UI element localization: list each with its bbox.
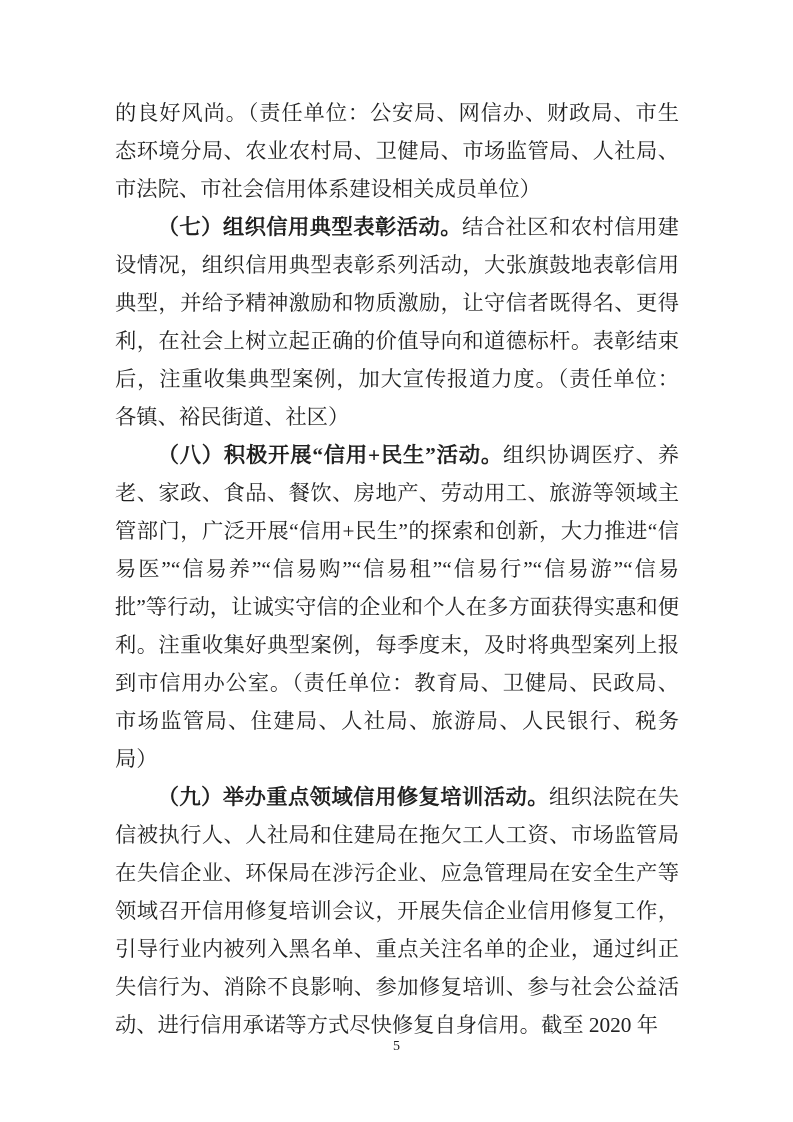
paragraph-text: 组织协调医疗、养老、家政、食品、餐饮、房地产、劳动用工、旅游等领域主管部门，广泛…: [115, 443, 679, 771]
paragraph-lead: （九）举办重点领域信用修复培训活动。: [158, 785, 549, 809]
paragraph-item-8: （八）积极开展“信用+民生”活动。组织协调医疗、养老、家政、食品、餐饮、房地产、…: [115, 436, 679, 778]
paragraph-text: 结合社区和农村信用建设情况，组织信用典型表彰系列活动，大张旗鼓地表彰信用典型，并…: [115, 215, 679, 429]
paragraph-item-9: （九）举办重点领域信用修复培训活动。组织法院在失信被执行人、人社局和住建局在拖欠…: [115, 778, 679, 1044]
page-number: 5: [393, 1039, 400, 1054]
document-page: 的良好风尚。（责任单位：公安局、网信办、财政局、市生态环境分局、农业农村局、卫健…: [0, 0, 793, 1122]
page-footer: 5: [0, 1037, 793, 1055]
paragraph-lead: （八）积极开展“信用+民生”活动。: [158, 443, 503, 467]
paragraph-continuation: 的良好风尚。（责任单位：公安局、网信办、财政局、市生态环境分局、农业农村局、卫健…: [115, 94, 679, 208]
paragraph-text: 的良好风尚。（责任单位：公安局、网信办、财政局、市生态环境分局、农业农村局、卫健…: [115, 101, 679, 201]
paragraph-text: 组织法院在失信被执行人、人社局和住建局在拖欠工人工资、市场监管局在失信企业、环保…: [115, 785, 679, 1037]
paragraph-lead: （七）组织信用典型表彰活动。: [158, 215, 462, 239]
document-body: 的良好风尚。（责任单位：公安局、网信办、财政局、市生态环境分局、农业农村局、卫健…: [115, 94, 679, 1044]
paragraph-item-7: （七）组织信用典型表彰活动。结合社区和农村信用建设情况，组织信用典型表彰系列活动…: [115, 208, 679, 436]
